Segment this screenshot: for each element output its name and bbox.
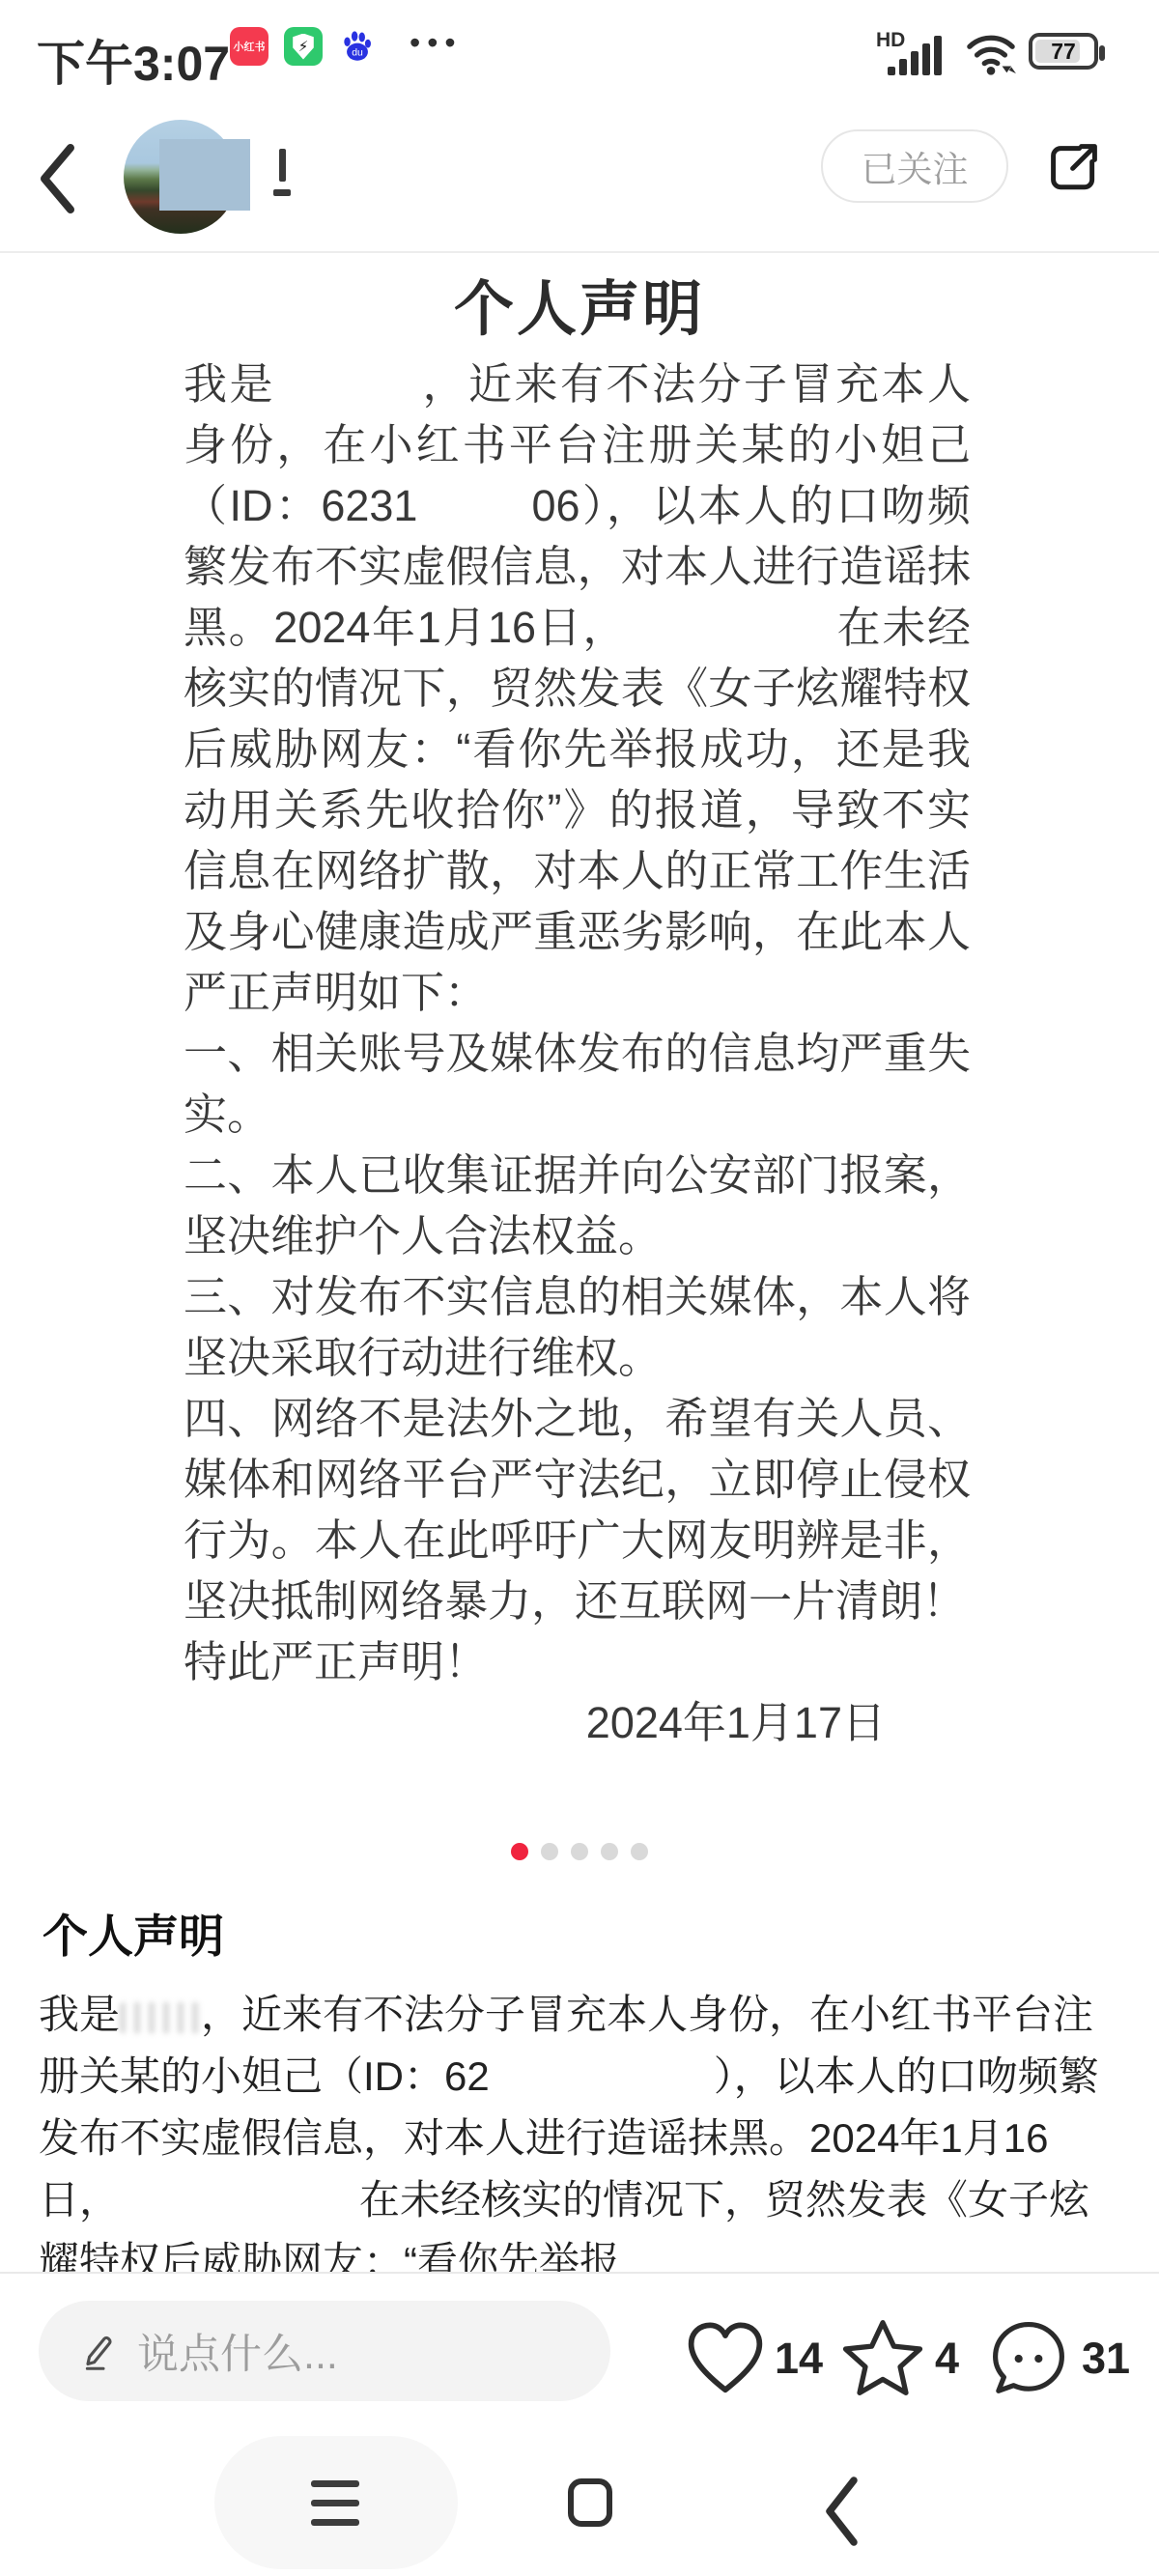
collect-count: 4	[935, 2334, 959, 2384]
recents-menu-icon[interactable]	[311, 2480, 359, 2527]
note-body-text: 我是，近来有不法分子冒充本人身份，在小红书平台注册关某的小妲己（ID：62），以…	[39, 1984, 1122, 2272]
system-back-icon[interactable]	[821, 2475, 862, 2548]
status-indicators: HD 77	[874, 27, 1154, 81]
security-shield-icon: ⚡	[284, 27, 323, 66]
censored-id-gap	[490, 2081, 714, 2090]
statement-title: 个人声明	[0, 261, 1159, 347]
follow-button[interactable]: 已关注	[821, 129, 1008, 203]
baidu-du-glyph: du	[352, 48, 363, 59]
blurred-name	[120, 2002, 201, 2033]
xiaohongshu-app-icon: 小红书	[230, 27, 269, 66]
note-header: 已关注	[0, 108, 1159, 251]
carousel-dots	[0, 1843, 1159, 1860]
censored-username-fragment	[271, 149, 295, 209]
like-count: 14	[775, 2334, 823, 2384]
wifi-icon	[963, 29, 1019, 77]
statement-item: 一、相关账号及媒体发布的信息均严重失实。	[184, 1023, 971, 1145]
baidu-app-icon: du	[338, 27, 377, 66]
censored-name-gap	[275, 389, 420, 399]
more-notifications-icon: •••	[410, 25, 463, 61]
carousel-dot[interactable]	[631, 1843, 648, 1860]
xiaohongshu-note-screen: 下午3:07 小红书 ⚡ du •••	[0, 0, 1159, 2576]
statement-image[interactable]: 个人声明 我是，近来有不法分子冒充本人身份，在小红书平台注册关某的小妲己（ID：…	[0, 253, 1159, 1847]
lightning-icon: ⚡	[298, 40, 309, 54]
carousel-dot[interactable]	[571, 1843, 588, 1860]
home-icon[interactable]	[568, 2478, 612, 2527]
carousel-dot[interactable]	[601, 1843, 618, 1860]
statement-item: 四、网络不是法外之地，希望有关人员、媒体和网络平台严守法纪，立即停止侵权行为。本…	[184, 1388, 971, 1631]
like-icon[interactable]	[684, 2316, 767, 2401]
comment-input[interactable]: 说点什么...	[39, 2301, 610, 2401]
statement-intro: 我是，近来有不法分子冒充本人身份，在小红书平台注册关某的小妲己（ID：62310…	[184, 354, 971, 1023]
censored-name-gap	[120, 2204, 359, 2214]
battery-icon: 77	[1029, 33, 1098, 70]
pen-icon	[79, 2331, 118, 2371]
signal-strength-icon	[884, 27, 951, 75]
censored-name-gap	[628, 633, 835, 642]
statement-date: 2024年1月17日	[184, 1692, 971, 1753]
clock: 下午3:07	[37, 25, 230, 95]
comment-placeholder: 说点什么...	[137, 2322, 338, 2381]
censor-overlay	[159, 139, 250, 211]
carousel-dot[interactable]	[541, 1843, 558, 1860]
back-icon[interactable]	[39, 143, 77, 214]
comment-bubble-icon[interactable]	[987, 2316, 1070, 2401]
note-title: 个人声明	[42, 1901, 224, 1966]
carousel-dot-active[interactable]	[511, 1843, 528, 1860]
shield-icon: ⚡	[292, 34, 315, 60]
statement-closing: 特此严正声明！	[184, 1631, 971, 1692]
comment-count: 31	[1082, 2334, 1130, 2384]
statement-item: 三、对发布不实信息的相关媒体，本人将坚决采取行动进行维权。	[184, 1266, 971, 1388]
statement-item: 二、本人已收集证据并向公安部门报案，坚决维护个人合法权益。	[184, 1145, 971, 1266]
battery-percent: 77	[1032, 39, 1094, 65]
battery-nub	[1099, 45, 1105, 61]
status-bar: 下午3:07 小红书 ⚡ du •••	[0, 0, 1159, 108]
collect-star-icon[interactable]	[840, 2314, 925, 2401]
share-icon[interactable]	[1046, 139, 1102, 195]
comment-action-bar: 说点什么... 14 4 31	[0, 2274, 1159, 2436]
notification-icons: 小红书 ⚡ du	[230, 27, 377, 66]
system-nav-bar	[0, 2436, 1159, 2576]
censored-id-gap	[417, 511, 531, 521]
statement-body: 我是，近来有不法分子冒充本人身份，在小红书平台注册关某的小妲己（ID：62310…	[184, 354, 971, 1753]
